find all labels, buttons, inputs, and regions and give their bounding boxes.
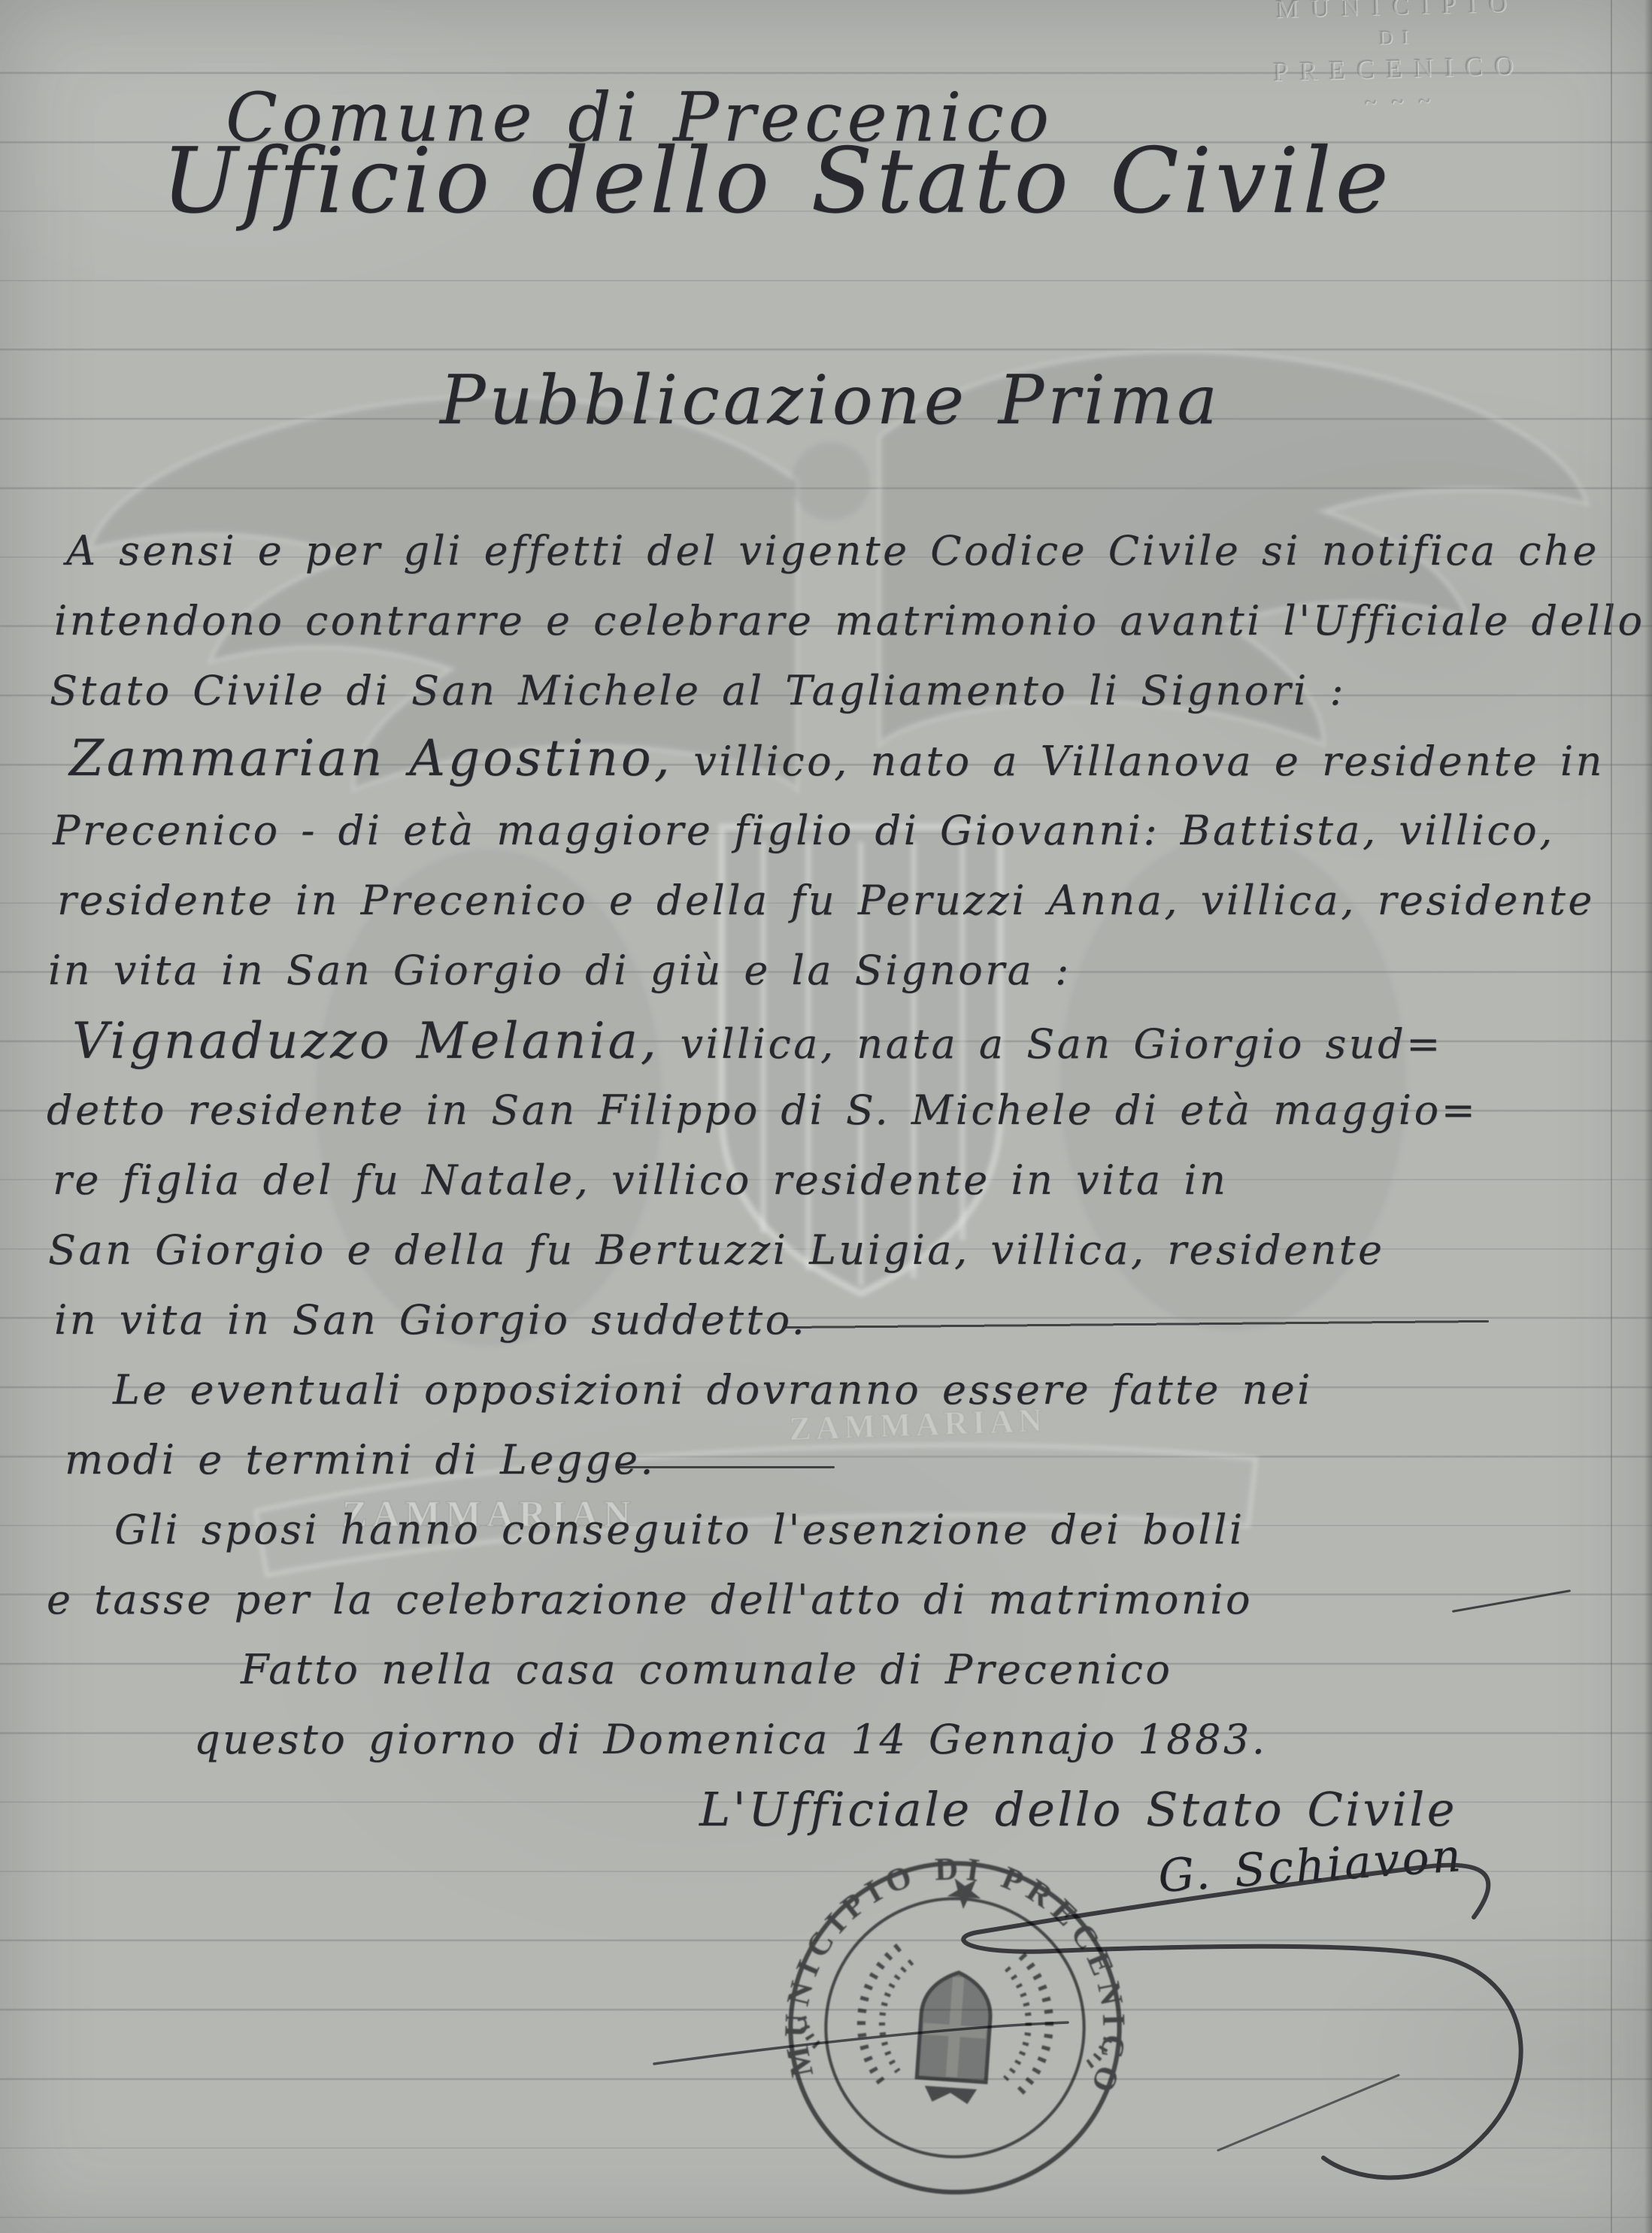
pen-rule xyxy=(782,1320,1489,1329)
groom-name: Zammarian Agostino, xyxy=(69,729,673,787)
body-line: re figlia del fu Natale, villico residen… xyxy=(53,1160,1228,1201)
embossed-stamp: MUNICIPIO DI PRECENICO ~ ~ ~ xyxy=(1202,0,1596,123)
page-edge-shadow xyxy=(1644,0,1652,2233)
body-line: Precenico - di età maggiore figlio di Gi… xyxy=(53,810,1555,851)
body-line: Le eventuali opposizioni dovranno essere… xyxy=(113,1370,1313,1410)
body-line: modi e termini di Legge. xyxy=(65,1440,656,1480)
heading-ufficio: Ufficio dello Stato Civile xyxy=(162,137,1393,227)
body-line: residente in Precenico e della fu Peruzz… xyxy=(57,880,1595,921)
signature: G. Schiavon xyxy=(1156,1833,1465,1899)
body-line: in vita in San Giorgio di giù e la Signo… xyxy=(48,950,1072,991)
closing-fatto: Fatto nella casa comunale di Precenico xyxy=(241,1650,1172,1690)
body-line: intendono contrarre e celebrare matrimon… xyxy=(54,601,1645,641)
pen-rule xyxy=(1452,1589,1571,1613)
bride-name: Vignaduzzo Melania, xyxy=(72,1012,659,1070)
bride-description: villica, nata a San Giorgio sud= xyxy=(680,1020,1442,1068)
laurel-branch-icon xyxy=(1012,1956,1054,2095)
body-line: Gli sposi hanno conseguito l'esenzione d… xyxy=(114,1510,1245,1550)
laurel-branch-icon xyxy=(999,1968,1032,2080)
closing-date: questo giorno di Domenica 14 Gennajo 188… xyxy=(194,1719,1267,1760)
body-line: Zammarian Agostino, villico, nato a Vill… xyxy=(69,734,1605,783)
body-line: A sensi e per gli effetti del vigente Co… xyxy=(66,531,1599,571)
body-line: San Giorgio e della fu Bertuzzi Luigia, … xyxy=(48,1230,1384,1271)
crown-icon xyxy=(923,2086,977,2104)
body-line: e tasse per la celebrazione dell'atto di… xyxy=(47,1580,1253,1620)
closing-ufficiale: L'Ufficiale dello Stato Civile xyxy=(699,1786,1457,1833)
scanned-document-page: ZAMMARIAN ZAMMARIAN MUNICIPIO DI PRECENI… xyxy=(0,0,1652,2233)
body-line: in vita in San Giorgio suddetto. xyxy=(54,1300,807,1341)
page-margin-line xyxy=(1611,0,1612,2233)
laurel-branch-icon xyxy=(857,1944,899,2084)
body-line: detto residente in San Filippo di S. Mic… xyxy=(47,1090,1478,1131)
heading-pubblicazione: Pubblicazione Prima xyxy=(440,367,1221,435)
groom-description: villico, nato a Villanova e residente in xyxy=(693,738,1605,785)
crest-head xyxy=(792,442,870,520)
pen-rule xyxy=(617,1466,835,1468)
laurel-branch-icon xyxy=(878,1960,911,2072)
body-line: Stato Civile di San Michele al Tagliamen… xyxy=(50,671,1346,711)
round-stamp: MUNICIPIO DI PRECENICO xyxy=(766,1839,1144,2216)
body-line: Vignaduzzo Melania, villica, nata a San … xyxy=(72,1017,1443,1066)
